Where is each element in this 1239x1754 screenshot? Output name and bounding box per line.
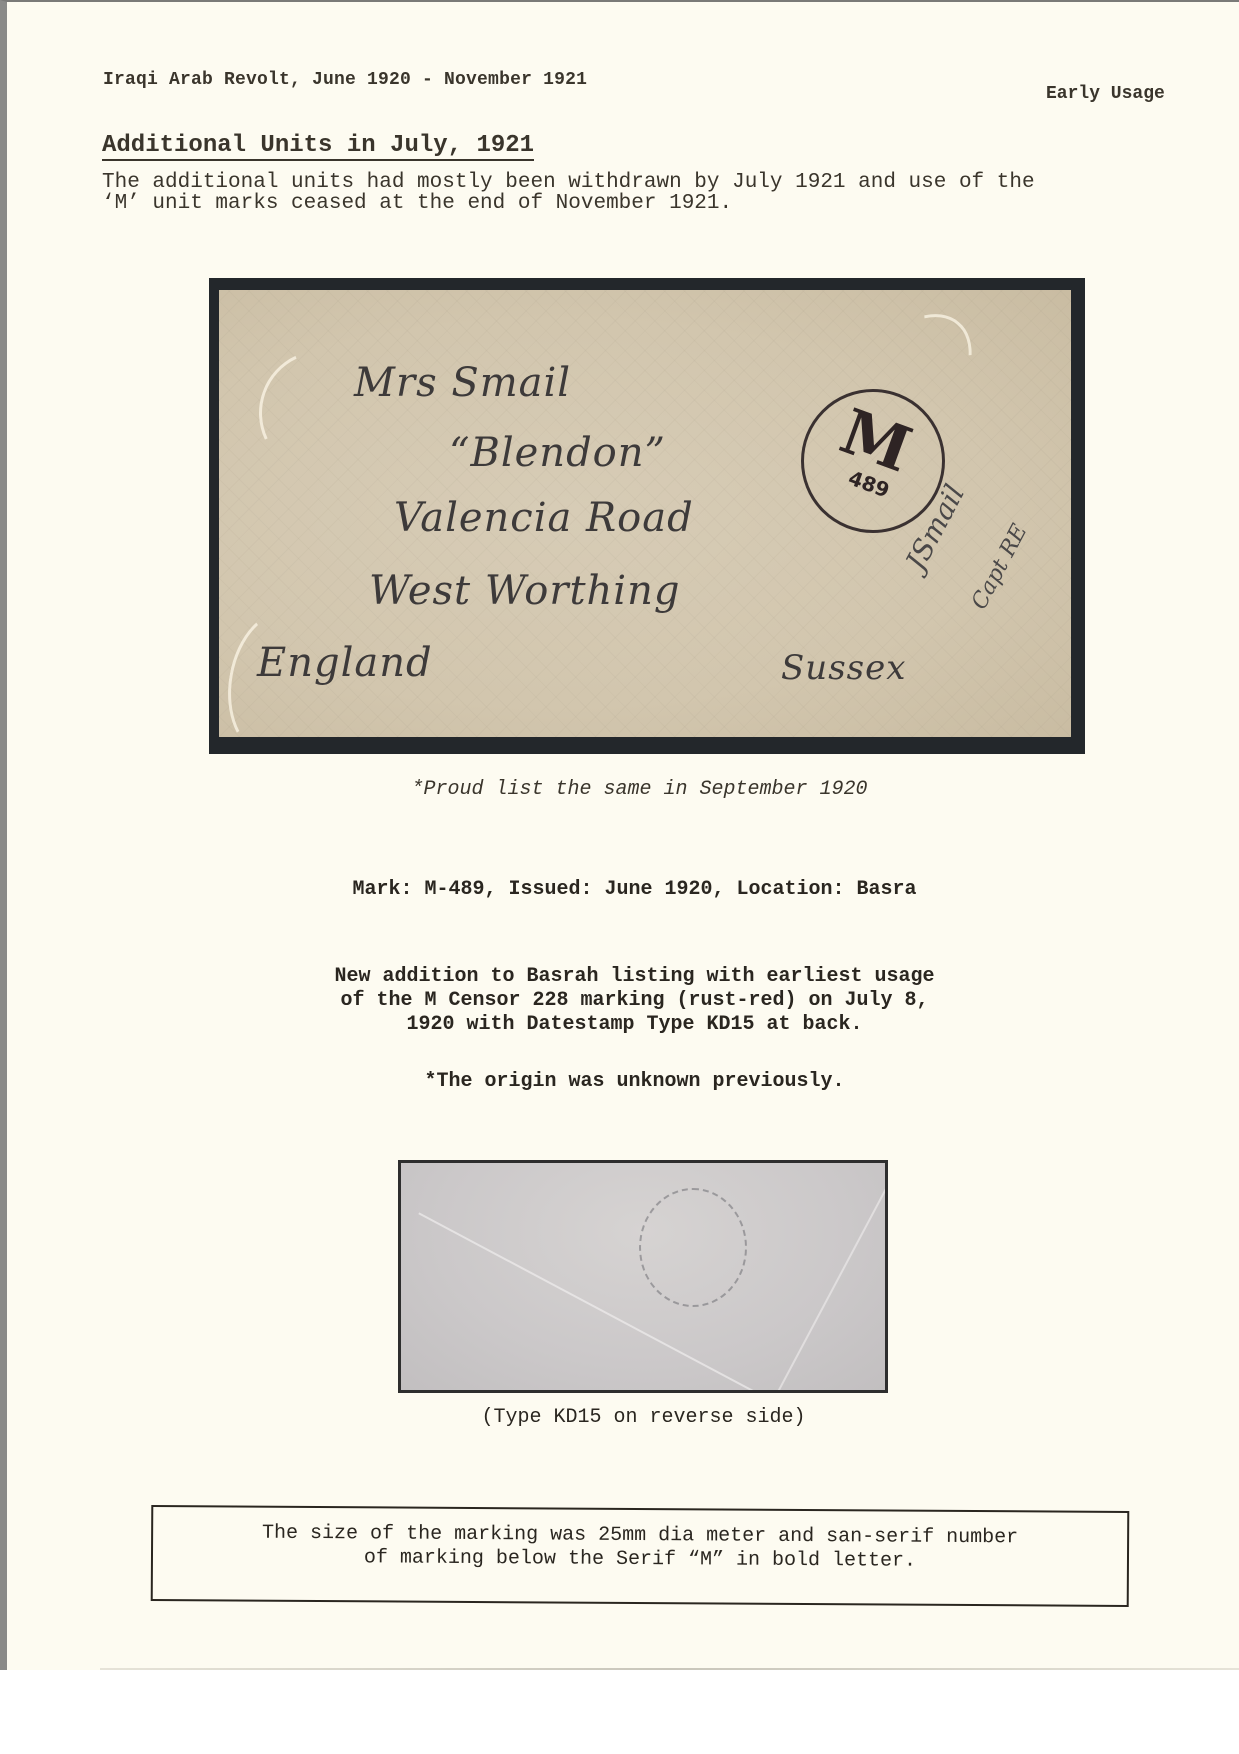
origin-note: *The origin was unknown previously.	[0, 1070, 1239, 1093]
address-line-2: “Blendon”	[449, 430, 666, 476]
envelope-front: Mrs Smail “Blendon” Valencia Road West W…	[219, 290, 1071, 737]
addition-note-line-3: 1920 with Datestamp Type KD15 at back.	[30, 1013, 1239, 1037]
intro-paragraph: The additional units had mostly been wit…	[102, 170, 1202, 216]
censor-signature-rank: Capt RE	[967, 520, 1032, 613]
intro-line-2: ‘M’ unit marks ceased at the end of Nove…	[102, 191, 1202, 216]
glare	[241, 332, 402, 493]
page-edge	[100, 1668, 1239, 1670]
proud-list-note: *Proud list the same in September 1920	[0, 778, 1239, 801]
addition-note: New addition to Basrah listing with earl…	[0, 965, 1239, 1037]
address-line-1: Mrs Smail	[354, 360, 571, 406]
addition-note-line-1: New addition to Basrah listing with earl…	[30, 965, 1239, 989]
reverse-caption: (Type KD15 on reverse side)	[0, 1406, 1239, 1429]
address-line-5: England	[257, 640, 433, 686]
page-header-title: Iraqi Arab Revolt, June 1920 - November …	[103, 70, 587, 90]
address-line-4: West Worthing	[369, 568, 680, 614]
address-line-3: Valencia Road	[394, 495, 694, 541]
mark-details: Mark: M-489, Issued: June 1920, Location…	[0, 878, 1239, 901]
cover-reverse-image	[398, 1160, 888, 1393]
addition-note-line-2: of the M Censor 228 marking (rust-red) o…	[30, 989, 1239, 1013]
page-header-label: Early Usage	[1046, 84, 1165, 104]
marking-size-note-box: The size of the marking was 25mm dia met…	[151, 1505, 1130, 1607]
kd15-datestamp	[639, 1188, 747, 1307]
cover-front-image: Mrs Smail “Blendon” Valencia Road West W…	[209, 278, 1085, 754]
section-title: Additional Units in July, 1921	[102, 133, 534, 161]
address-line-6: Sussex	[781, 648, 906, 688]
